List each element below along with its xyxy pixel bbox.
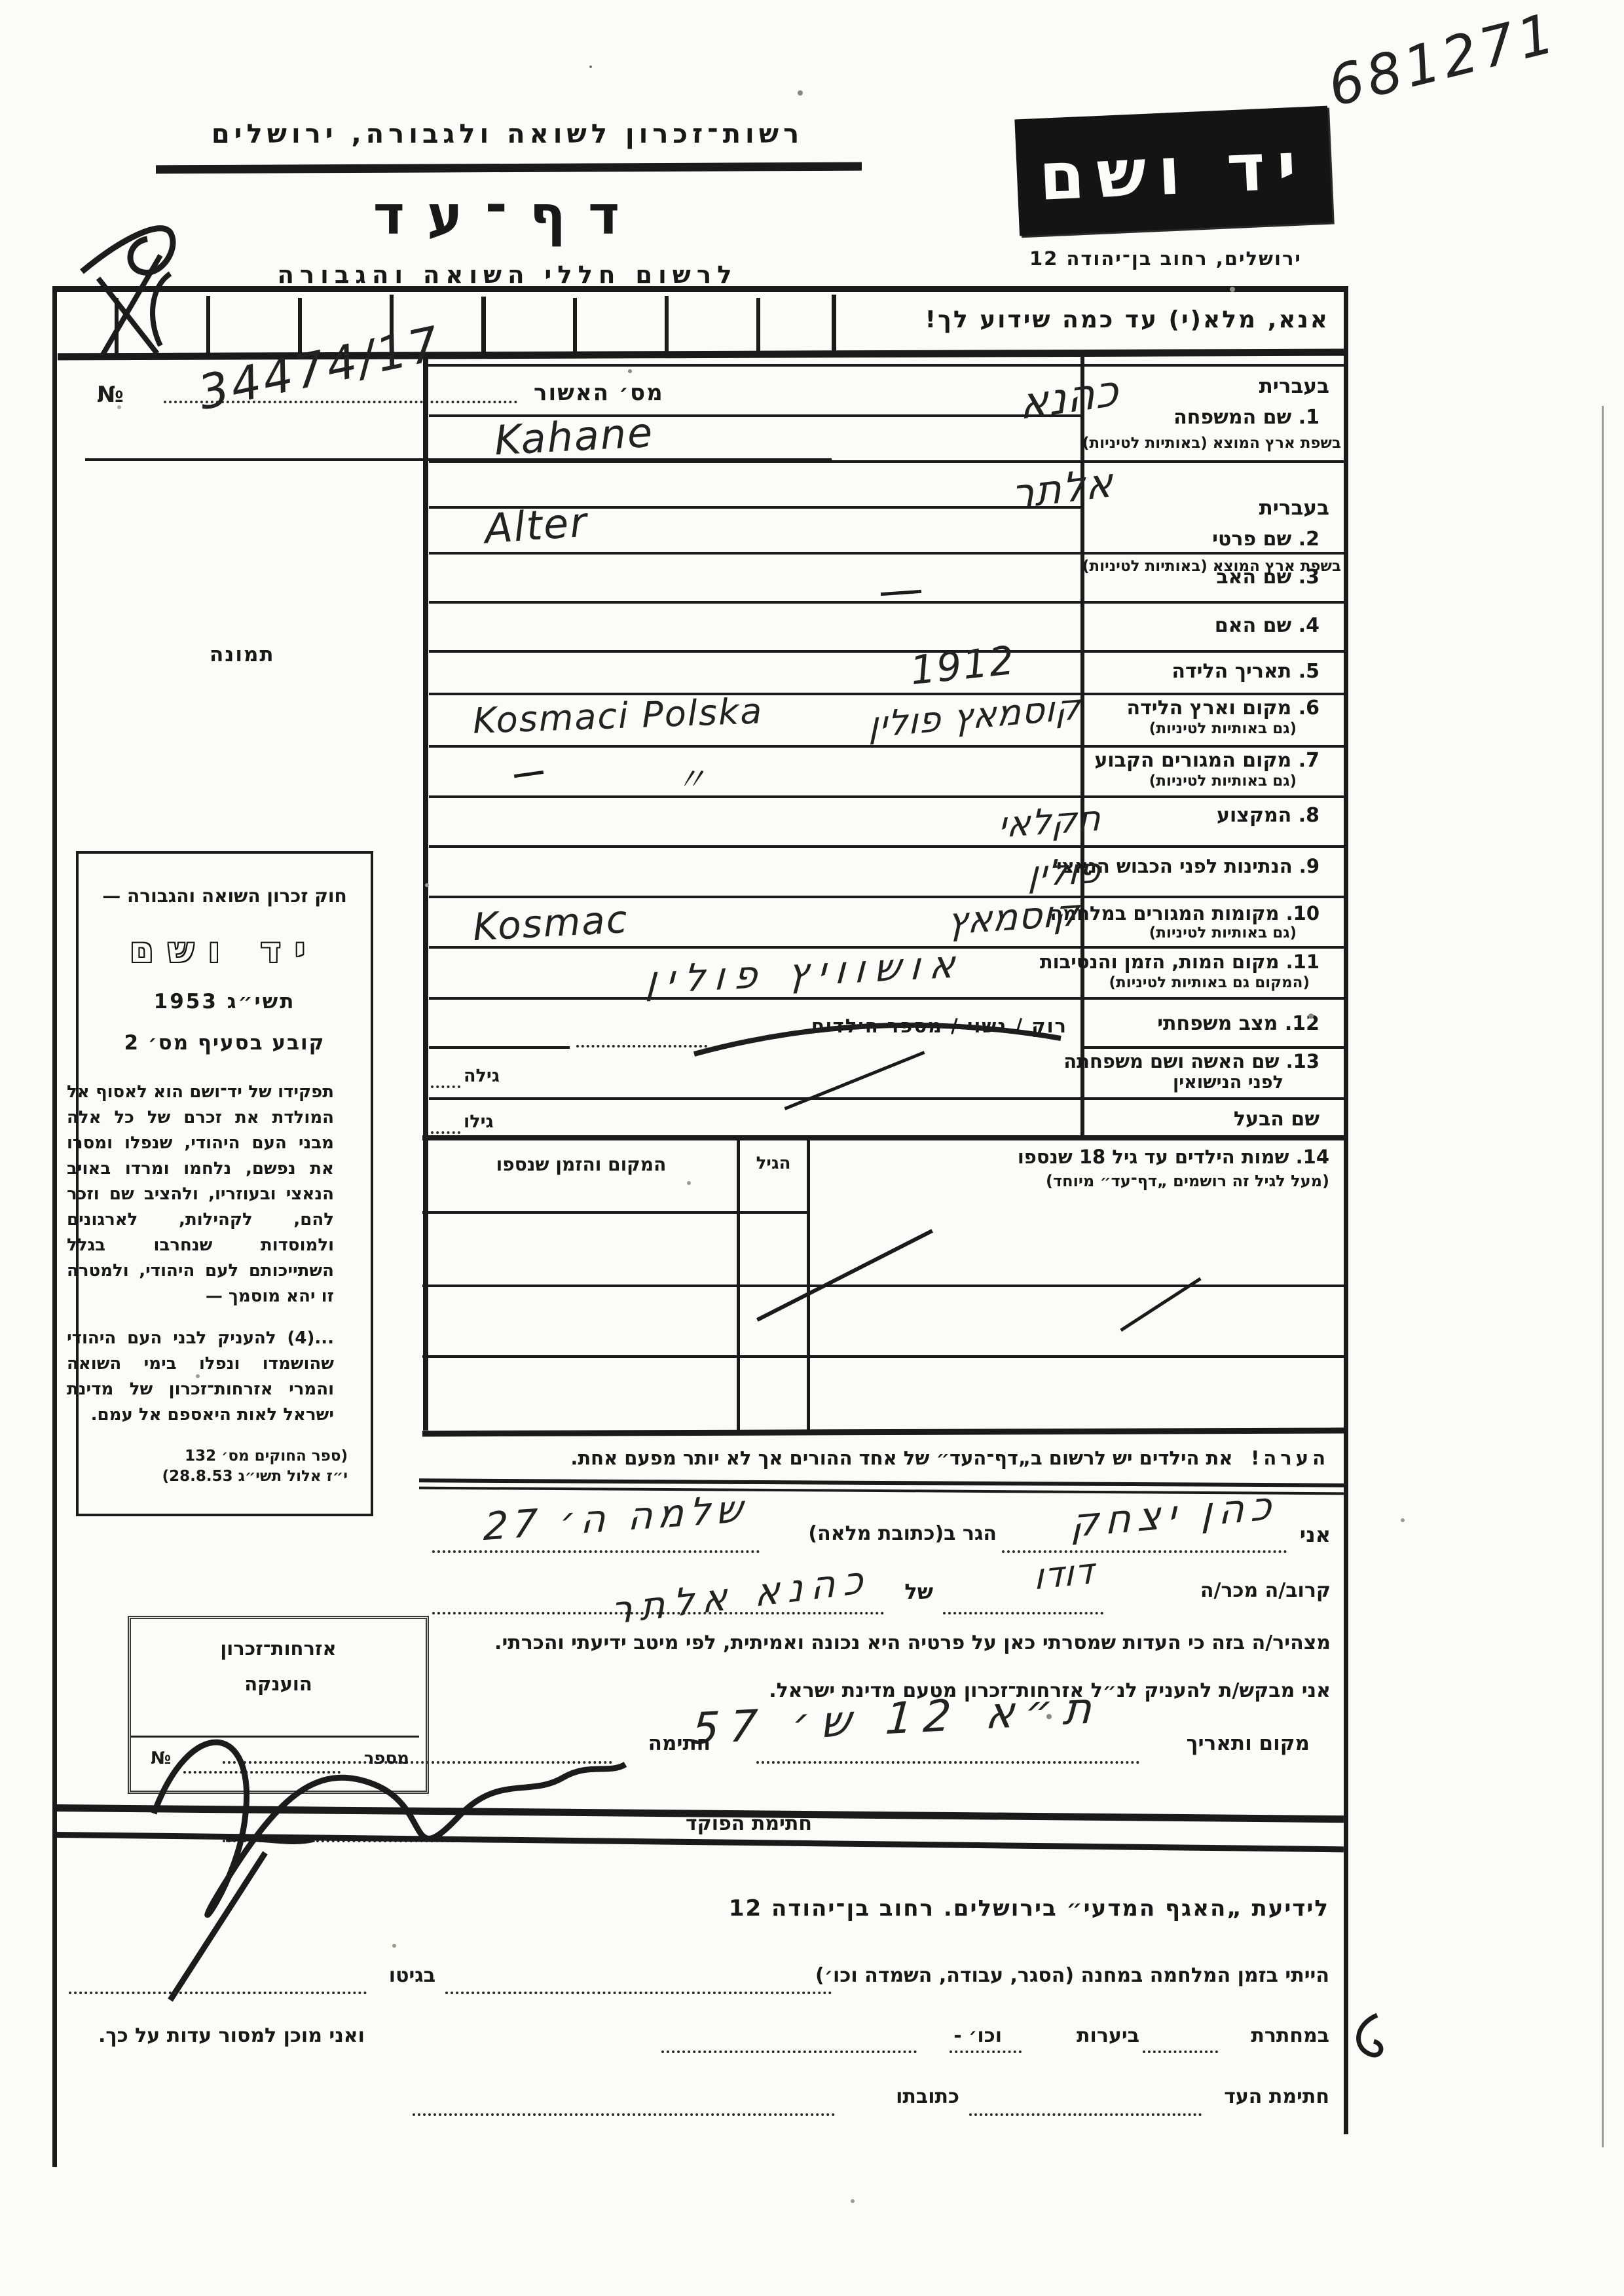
hand-father-dash <box>881 590 921 596</box>
witness-address-dotted <box>432 1550 760 1553</box>
witness-relation-label: קרוב/ה מכר/ה <box>1200 1579 1331 1602</box>
field-14-note: (מעל לגיל זה רושמים „דף־עד״ מיוחד) <box>1046 1172 1329 1190</box>
hand-family-name-hebrew: כהנא <box>1019 365 1120 430</box>
label-rule <box>1084 745 1344 748</box>
certificate-number-label: מס׳ האשור <box>534 380 664 406</box>
page-edge-artifact <box>1602 406 1604 2147</box>
fill-instruction: אנא, מלא(י) עד כמה שידוע לך! <box>925 306 1329 333</box>
hand-war-residence-latin: Kosmac <box>471 897 629 949</box>
field-6-note: (גם באותיות לטיניות) <box>1149 720 1297 737</box>
yad-vashem-logo-text: יד ושם <box>1037 127 1310 215</box>
underground-dotted <box>1143 2050 1218 2053</box>
table-col-place-header: המקום והזמן שנספו <box>429 1154 733 1175</box>
write-line <box>429 745 1080 748</box>
write-line <box>429 1046 570 1049</box>
label-rule <box>1084 693 1344 695</box>
write-line <box>429 845 1080 848</box>
field-13-label: 13. שם האשה ושם משפחתה <box>1063 1050 1319 1072</box>
field-8-label: 8. המקצוע <box>1217 804 1319 827</box>
law-section: קובע בסעיף מס׳ 2 <box>79 1031 371 1055</box>
field-3-label: 3. שם האב <box>1216 566 1319 589</box>
ghetto-label: בגיטו <box>389 1964 435 1987</box>
tally-mark <box>573 298 577 354</box>
number-symbol: № <box>97 382 124 408</box>
label-rule <box>1084 946 1344 949</box>
label-rule <box>1084 845 1344 848</box>
bottom-info-line: לידיעת „האגף המדעי״ בירושלים. רחוב בן־יה… <box>729 1895 1329 1922</box>
war-question: הייתי בזמן המלחמה במחנה (הסגר, עבודה, הש… <box>815 1964 1329 1987</box>
field-11-label: 11. מקום המות, הזמן והנסיבות <box>1040 951 1319 973</box>
marital-strike-mark <box>674 1000 1080 1072</box>
law-body: תפקידו של יד־ושם הוא לאסוף אל המולדת את … <box>67 1080 334 1309</box>
hand-birth-place-latin: Kosmaci Polska <box>472 690 764 741</box>
witness-resides-label: הגר ב(כתובת מלאה) <box>808 1522 997 1545</box>
tally-mark <box>665 296 669 354</box>
write-line <box>429 552 1080 555</box>
tally-mark <box>206 296 210 354</box>
note-strip-label: הערה! <box>1251 1447 1329 1469</box>
table-top-heavy-rule <box>422 1135 1344 1140</box>
page-subtitle: לרשום חללי השואה והגבורה <box>219 261 796 289</box>
write-line <box>429 997 1080 1000</box>
law-yad-vashem: יד ושם <box>79 931 371 970</box>
field-2-label: 2. שם פרטי <box>1212 528 1319 551</box>
scanned-testimony-page: רשות־זכרון לשואה ולגבורה, ירושלים דף־עד … <box>0 0 1624 2296</box>
her-age-dotted <box>431 1085 460 1088</box>
forests-label: ביערות <box>1077 2024 1139 2047</box>
certificate-number-handwritten: 34474/17 <box>193 316 446 421</box>
label-rule <box>1084 460 1344 463</box>
logo-address: ירושלים, רחוב בן־יהודה 12 <box>1002 247 1329 270</box>
law-year: תשי״ג 1953 <box>79 990 371 1013</box>
field-10-label: 10. מקומות המגורים במלחמה <box>1050 902 1319 924</box>
hand-victim-name: כהנא אלתר <box>611 1556 871 1633</box>
top-thin-rule <box>426 364 1344 367</box>
tally-mark <box>115 298 119 354</box>
scan-speckles <box>589 65 592 68</box>
hand-citizenship: פולין <box>1027 850 1102 895</box>
field-10-note: (גם באותיות לטיניות) <box>1149 924 1297 941</box>
hand-place-date: ת״א 12 ש׳ 57 <box>690 1683 1104 1755</box>
tally-hook <box>124 267 183 352</box>
hand-war-residence-hebrew: קוסמאץ <box>946 892 1080 943</box>
label-rule <box>1084 650 1344 653</box>
field-12-label: 12. מצב משפחתי <box>1157 1012 1319 1035</box>
hand-relation: דודו <box>1033 1550 1094 1598</box>
law-ref1: (ספר החוקים מס׳ 132 <box>56 1448 348 1465</box>
table-row-rule <box>422 1285 1344 1287</box>
label-rule <box>1084 795 1344 798</box>
etc-label: וכו׳ - <box>953 2024 1002 2047</box>
declaration-1: מצהיר/ה בזה כי העדות שמסרתי כאן על פרטיה… <box>494 1631 1331 1654</box>
place-date-label: מקום ותאריך <box>1187 1732 1310 1755</box>
hand-ditto-dash <box>514 771 544 778</box>
field-6-label: 6. מקום וארץ הלידה <box>1127 697 1319 720</box>
yad-vashem-logo: יד ושם <box>1014 106 1332 236</box>
signature-label: חתימה <box>648 1732 710 1755</box>
tally-mark <box>481 297 486 354</box>
write-line <box>429 1097 1080 1100</box>
hand-occupation: חקלאי <box>997 797 1101 846</box>
ghetto-dotted <box>69 1992 367 1994</box>
underground-label: במחתרת <box>1251 2024 1329 2047</box>
witness-of-label: של <box>904 1579 933 1604</box>
forests-dotted <box>950 2050 1022 2053</box>
tally-mark <box>832 295 836 354</box>
org-line: רשות־זכרון לשואה ולגבורה, ירושלים <box>154 119 861 149</box>
husband-label: שם הבעל <box>1234 1108 1319 1131</box>
column-divider <box>423 357 428 1430</box>
field-7-note: (גם באותיות לטיניות) <box>1149 773 1297 790</box>
main-border-right <box>1344 286 1348 2134</box>
hand-witness-address: שלמה ה׳ 27 <box>483 1486 749 1550</box>
main-border-left <box>52 286 57 2167</box>
table-empty-slash <box>756 1229 933 1322</box>
witness-name-dotted <box>1002 1550 1287 1553</box>
label-rule <box>1084 1097 1344 1100</box>
hand-death-place: אושוויץ פולין <box>645 941 966 1003</box>
hand-residence-ditto: 〃 <box>675 754 707 799</box>
witness-signature-scribble <box>92 1676 655 2016</box>
his-age-label: גילו <box>464 1112 494 1132</box>
stamp-line1: אזרחות־זכרון <box>131 1637 426 1660</box>
note-strip-top-rule <box>422 1428 1344 1437</box>
table-header-bottom-rule <box>422 1211 809 1214</box>
hand-first-name-latin: Alter <box>483 498 589 553</box>
table-col-age-header: הגיל <box>738 1154 809 1173</box>
witness-signature-dotted-bottom <box>969 2113 1202 2116</box>
relation-dotted <box>943 1612 1103 1614</box>
his-address-dotted <box>413 2113 835 2116</box>
label-rule <box>1084 601 1344 604</box>
page-title: דף־עד <box>219 185 796 247</box>
hand-birth-date: 1912 <box>908 638 1018 694</box>
field-7-label: 7. מקום המגורים הקבוע <box>1094 749 1319 772</box>
main-border-top <box>52 286 1348 292</box>
field-1-label: 1. שם המשפחה <box>1173 406 1319 429</box>
field-4-label: 4. שם האם <box>1215 614 1319 637</box>
ready-statement: ואני מוכן למסור עדות על כך. <box>98 2024 365 2047</box>
field-11-note: (המקום גם באותיות לטיניות) <box>1109 974 1310 991</box>
note-strip-bottom-rule1 <box>419 1478 1344 1487</box>
witness-signature-label-bottom: חתימת העד <box>1224 2085 1329 2108</box>
header-rule <box>156 162 862 174</box>
field-2-pre: בעברית <box>1259 496 1329 520</box>
etc-dotted <box>661 2050 917 2053</box>
write-line <box>429 601 1080 604</box>
write-line <box>429 795 1080 798</box>
field-13-label2: לפני הנישואין <box>1173 1072 1283 1093</box>
field-1-pre: בעברית <box>1259 374 1329 398</box>
camp-dotted <box>445 1992 832 1994</box>
margin-pen-curl <box>1341 2009 1393 2074</box>
field-14-label: 14. שמות הילדים עד גיל 18 שנספו <box>1018 1146 1329 1168</box>
label-rule <box>1084 1046 1344 1049</box>
hand-first-name-hebrew: אלתר <box>1010 458 1113 519</box>
tally-mark <box>756 298 760 354</box>
label-rule <box>1084 997 1344 1000</box>
label-rule <box>1084 552 1344 555</box>
place-date-dotted <box>756 1761 1139 1764</box>
field-5-label: 5. תאריך הלידה <box>1172 660 1319 683</box>
his-address-label: כתובתו <box>896 2085 959 2108</box>
field-1-note: בשפת ארץ המוצא (באותיות לטיניות) <box>1082 435 1341 452</box>
photo-placeholder-label: תמונה <box>210 643 275 666</box>
label-rule <box>1084 896 1344 898</box>
note-strip: הערה! את הילדים יש לרשום ב„דף־העד״ של אח… <box>570 1447 1329 1469</box>
her-age-label: גילה <box>464 1066 500 1086</box>
table-row-rule <box>422 1355 1344 1358</box>
law-heading: חוק זכרון השואה והגבורה — <box>79 885 371 907</box>
witness-i-label: אני <box>1300 1522 1331 1547</box>
hand-family-name-latin: Kahane <box>493 409 655 465</box>
his-age-dotted <box>431 1131 460 1134</box>
law-clause: ...(4) להעניק לבני העם היהודי שהושמדו ונ… <box>67 1326 334 1428</box>
law-ref2: י״ז אלול תשי״ג 28.8.53) <box>56 1468 348 1485</box>
note-strip-text: את הילדים יש לרשום ב„דף־העד״ של אחד ההור… <box>570 1447 1232 1469</box>
law-sidebar: חוק זכרון השואה והגבורה — יד ושם תשי״ג 1… <box>76 851 373 1516</box>
handwritten-file-number: 681271 <box>1321 0 1564 118</box>
